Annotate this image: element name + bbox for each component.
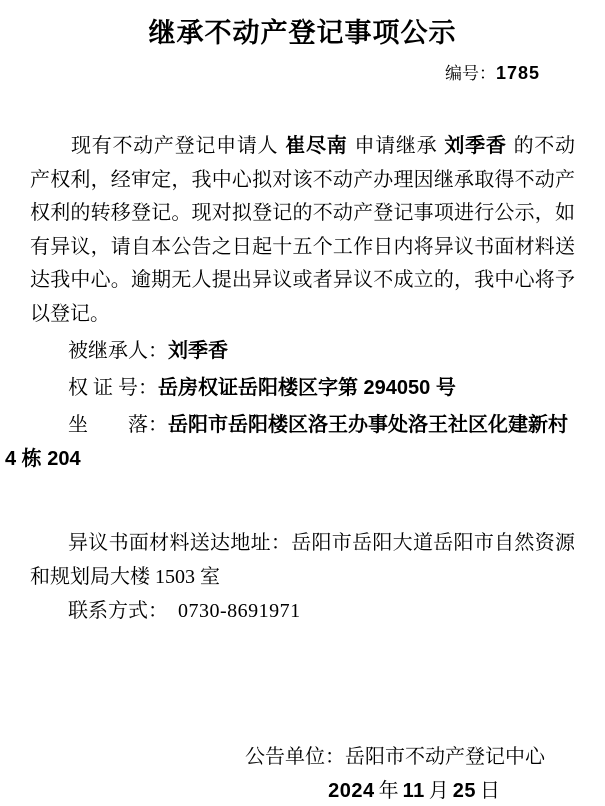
- contact-line: 联系方式：0730-8691971: [30, 594, 575, 628]
- page-title: 继承不动产登记事项公示: [30, 0, 575, 49]
- date-month-unit: 月: [429, 780, 449, 802]
- date-day-unit: 日: [480, 780, 500, 802]
- date-day: 25: [453, 780, 476, 802]
- notice-number-value: 1785: [496, 63, 540, 83]
- contact-value: 0730-8691971: [178, 600, 301, 622]
- date-line: 2024年11月25日: [30, 774, 575, 806]
- applicant-name: 崔尽南: [285, 135, 347, 157]
- field-decedent: 被继承人：刘季香: [30, 334, 575, 368]
- decedent-name: 刘季香: [444, 135, 506, 157]
- field-decedent-label: 被继承人：: [68, 340, 168, 362]
- field-location-label: 坐 落：: [68, 414, 168, 436]
- notice-number-label: 编号：: [445, 64, 496, 83]
- notice-document: 继承不动产登记事项公示 编号：1785 现有不动产登记申请人崔尽南申请继承刘季香…: [0, 0, 605, 806]
- objection-address-label: 异议书面材料送达地址：: [68, 532, 291, 554]
- notice-body-paragraph: 现有不动产登记申请人崔尽南申请继承刘季香的不动产权利，经审定，我中心拟对该不动产…: [30, 130, 575, 331]
- body-intro-suffix: 的不动产权利，经审定，我中心拟对该不动产办理因继承取得不动产权利的转移登记。现对…: [30, 135, 575, 325]
- field-certificate: 权 证 号：岳房权证岳阳楼区字第 294050 号: [30, 371, 575, 405]
- body-intro-middle: 申请继承: [354, 135, 437, 157]
- field-certificate-value: 岳房权证岳阳楼区字第 294050 号: [158, 377, 456, 399]
- field-decedent-value: 刘季香: [168, 340, 228, 362]
- issuer-label: 公告单位：: [245, 746, 345, 768]
- field-location: 坐 落：岳阳市岳阳楼区洛王办事处洛王社区化建新村 4 栋 204: [5, 408, 575, 476]
- notice-number-line: 编号：1785: [30, 61, 575, 86]
- date-year-unit: 年: [379, 780, 399, 802]
- body-intro-prefix: 现有不动产登记申请人: [71, 135, 278, 157]
- issuer-value: 岳阳市不动产登记中心: [345, 746, 545, 768]
- objection-address-paragraph: 异议书面材料送达地址：岳阳市岳阳大道岳阳市自然资源和规划局大楼 1503 室: [30, 526, 575, 594]
- contact-label: 联系方式：: [68, 600, 168, 622]
- issuer-line: 公告单位：岳阳市不动产登记中心: [30, 740, 575, 774]
- field-certificate-label: 权 证 号：: [68, 377, 158, 399]
- date-month: 11: [403, 780, 425, 802]
- date-year: 2024: [328, 780, 375, 802]
